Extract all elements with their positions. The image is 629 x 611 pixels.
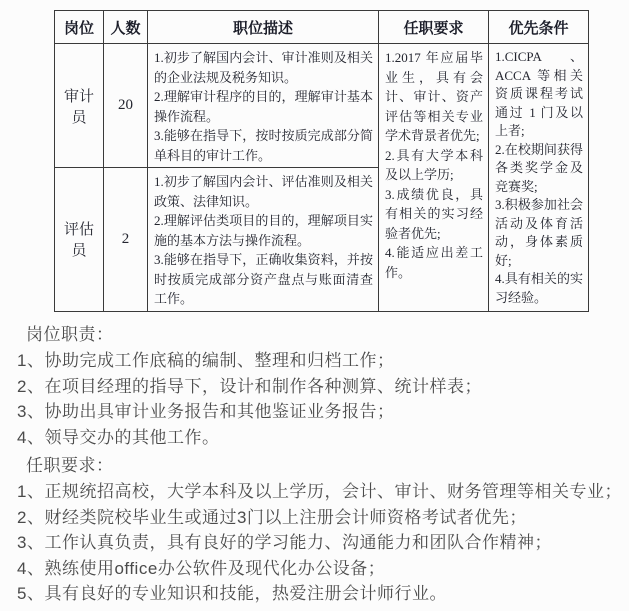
cell-headcount: 20 — [104, 44, 148, 168]
section-requirements: 任职要求： 1、正规统招高校，大学本科及以上学历，会计、审计、财务管理等相关专业… — [0, 453, 622, 607]
cell-position: 评估员 — [55, 168, 104, 312]
job-posting-page: 岗位 人数 职位描述 任职要求 优先条件 审计员 20 1.初步了解国内会计、审… — [0, 0, 629, 611]
description-item: 3.能够在指导下，按时按质完成部分简单科目的审计工作。 — [154, 126, 373, 165]
list-item: 2、财经类院校毕业生或通过3门以上注册会计师资格考试者优先； — [17, 505, 622, 531]
cell-requirements: 1.2017 年应届毕业生，具有会计、审计、资产评估等相关专业学术背景者优先; … — [379, 44, 489, 312]
col-header-description: 职位描述 — [148, 11, 379, 44]
col-header-preferred: 优先条件 — [489, 11, 589, 44]
description-item: 1.初步了解国内会计、评估准则及相关政策、法律知识。 — [154, 172, 373, 211]
preferred-item: 4.具有相关的实习经验。 — [495, 270, 583, 307]
description-item: 2.理解评估类项目的目的，理解项目实施的基本方法与操作流程。 — [154, 211, 373, 250]
list-item: 4、熟练使用office办公软件及现代化办公设备； — [17, 556, 622, 582]
list-item: 5、具有良好的专业知识和技能，热爱注册会计师行业。 — [17, 581, 622, 607]
list-item: 3、工作认真负责，具有良好的学习能力、沟通能力和团队合作精神； — [17, 530, 622, 556]
list-item: 1、正规统招高校，大学本科及以上学历，会计、审计、财务管理等相关专业； — [17, 479, 622, 505]
description-item: 1.初步了解国内会计、审计准则及相关的企业法规及税务知识。 — [154, 48, 373, 87]
preferred-item: 1.CICPA、ACCA 等相关资质课程考试通过 1 门及以上者; — [495, 48, 583, 141]
description-item: 3.能够在指导下，正确收集资料，并按时按质完成部分资产盘点与账面清查工作。 — [154, 250, 373, 309]
cell-preferred: 1.CICPA、ACCA 等相关资质课程考试通过 1 门及以上者; 2.在校期间… — [489, 44, 589, 312]
section-duties: 岗位职责： 1、协助完成工作底稿的编制、整理和归档工作； 2、在项目经理的指导下… — [0, 322, 482, 450]
list-item: 1、协助完成工作底稿的编制、整理和归档工作； — [17, 348, 482, 374]
col-header-position: 岗位 — [55, 11, 104, 44]
preferred-item: 3.积极参加社会活动及体育活动，身体素质好; — [495, 196, 583, 270]
requirement-item: 3.成绩优良，具有相关的实习经验者优先; — [385, 185, 483, 244]
cell-description: 1.初步了解国内会计、审计准则及相关的企业法规及税务知识。 2.理解审计程序的目… — [148, 44, 379, 168]
requirement-item: 2.具有大学本科及以上学历; — [385, 146, 483, 185]
col-header-requirements: 任职要求 — [379, 11, 489, 44]
description-item: 2.理解审计程序的目的，理解审计基本操作流程。 — [154, 87, 373, 126]
section-title: 任职要求： — [26, 453, 622, 479]
cell-description: 1.初步了解国内会计、评估准则及相关政策、法律知识。 2.理解评估类项目的目的，… — [148, 168, 379, 312]
requirement-item: 1.2017 年应届毕业生，具有会计、审计、资产评估等相关专业学术背景者优先; — [385, 48, 483, 146]
list-item: 2、在项目经理的指导下，设计和制作各种测算、统计样表； — [17, 374, 482, 400]
list-item: 3、协助出具审计业务报告和其他鉴证业务报告； — [17, 399, 482, 425]
table-header-row: 岗位 人数 职位描述 任职要求 优先条件 — [55, 11, 589, 44]
table-row-auditor: 审计员 20 1.初步了解国内会计、审计准则及相关的企业法规及税务知识。 2.理… — [55, 44, 589, 168]
col-header-headcount: 人数 — [104, 11, 148, 44]
job-table: 岗位 人数 职位描述 任职要求 优先条件 审计员 20 1.初步了解国内会计、审… — [54, 10, 589, 312]
cell-headcount: 2 — [104, 168, 148, 312]
preferred-item: 2.在校期间获得各类奖学金及竞赛奖; — [495, 141, 583, 197]
section-title: 岗位职责： — [26, 322, 482, 348]
cell-position: 审计员 — [55, 44, 104, 168]
list-item: 4、领导交办的其他工作。 — [17, 425, 482, 451]
requirement-item: 4.能适应出差工作。 — [385, 243, 483, 282]
